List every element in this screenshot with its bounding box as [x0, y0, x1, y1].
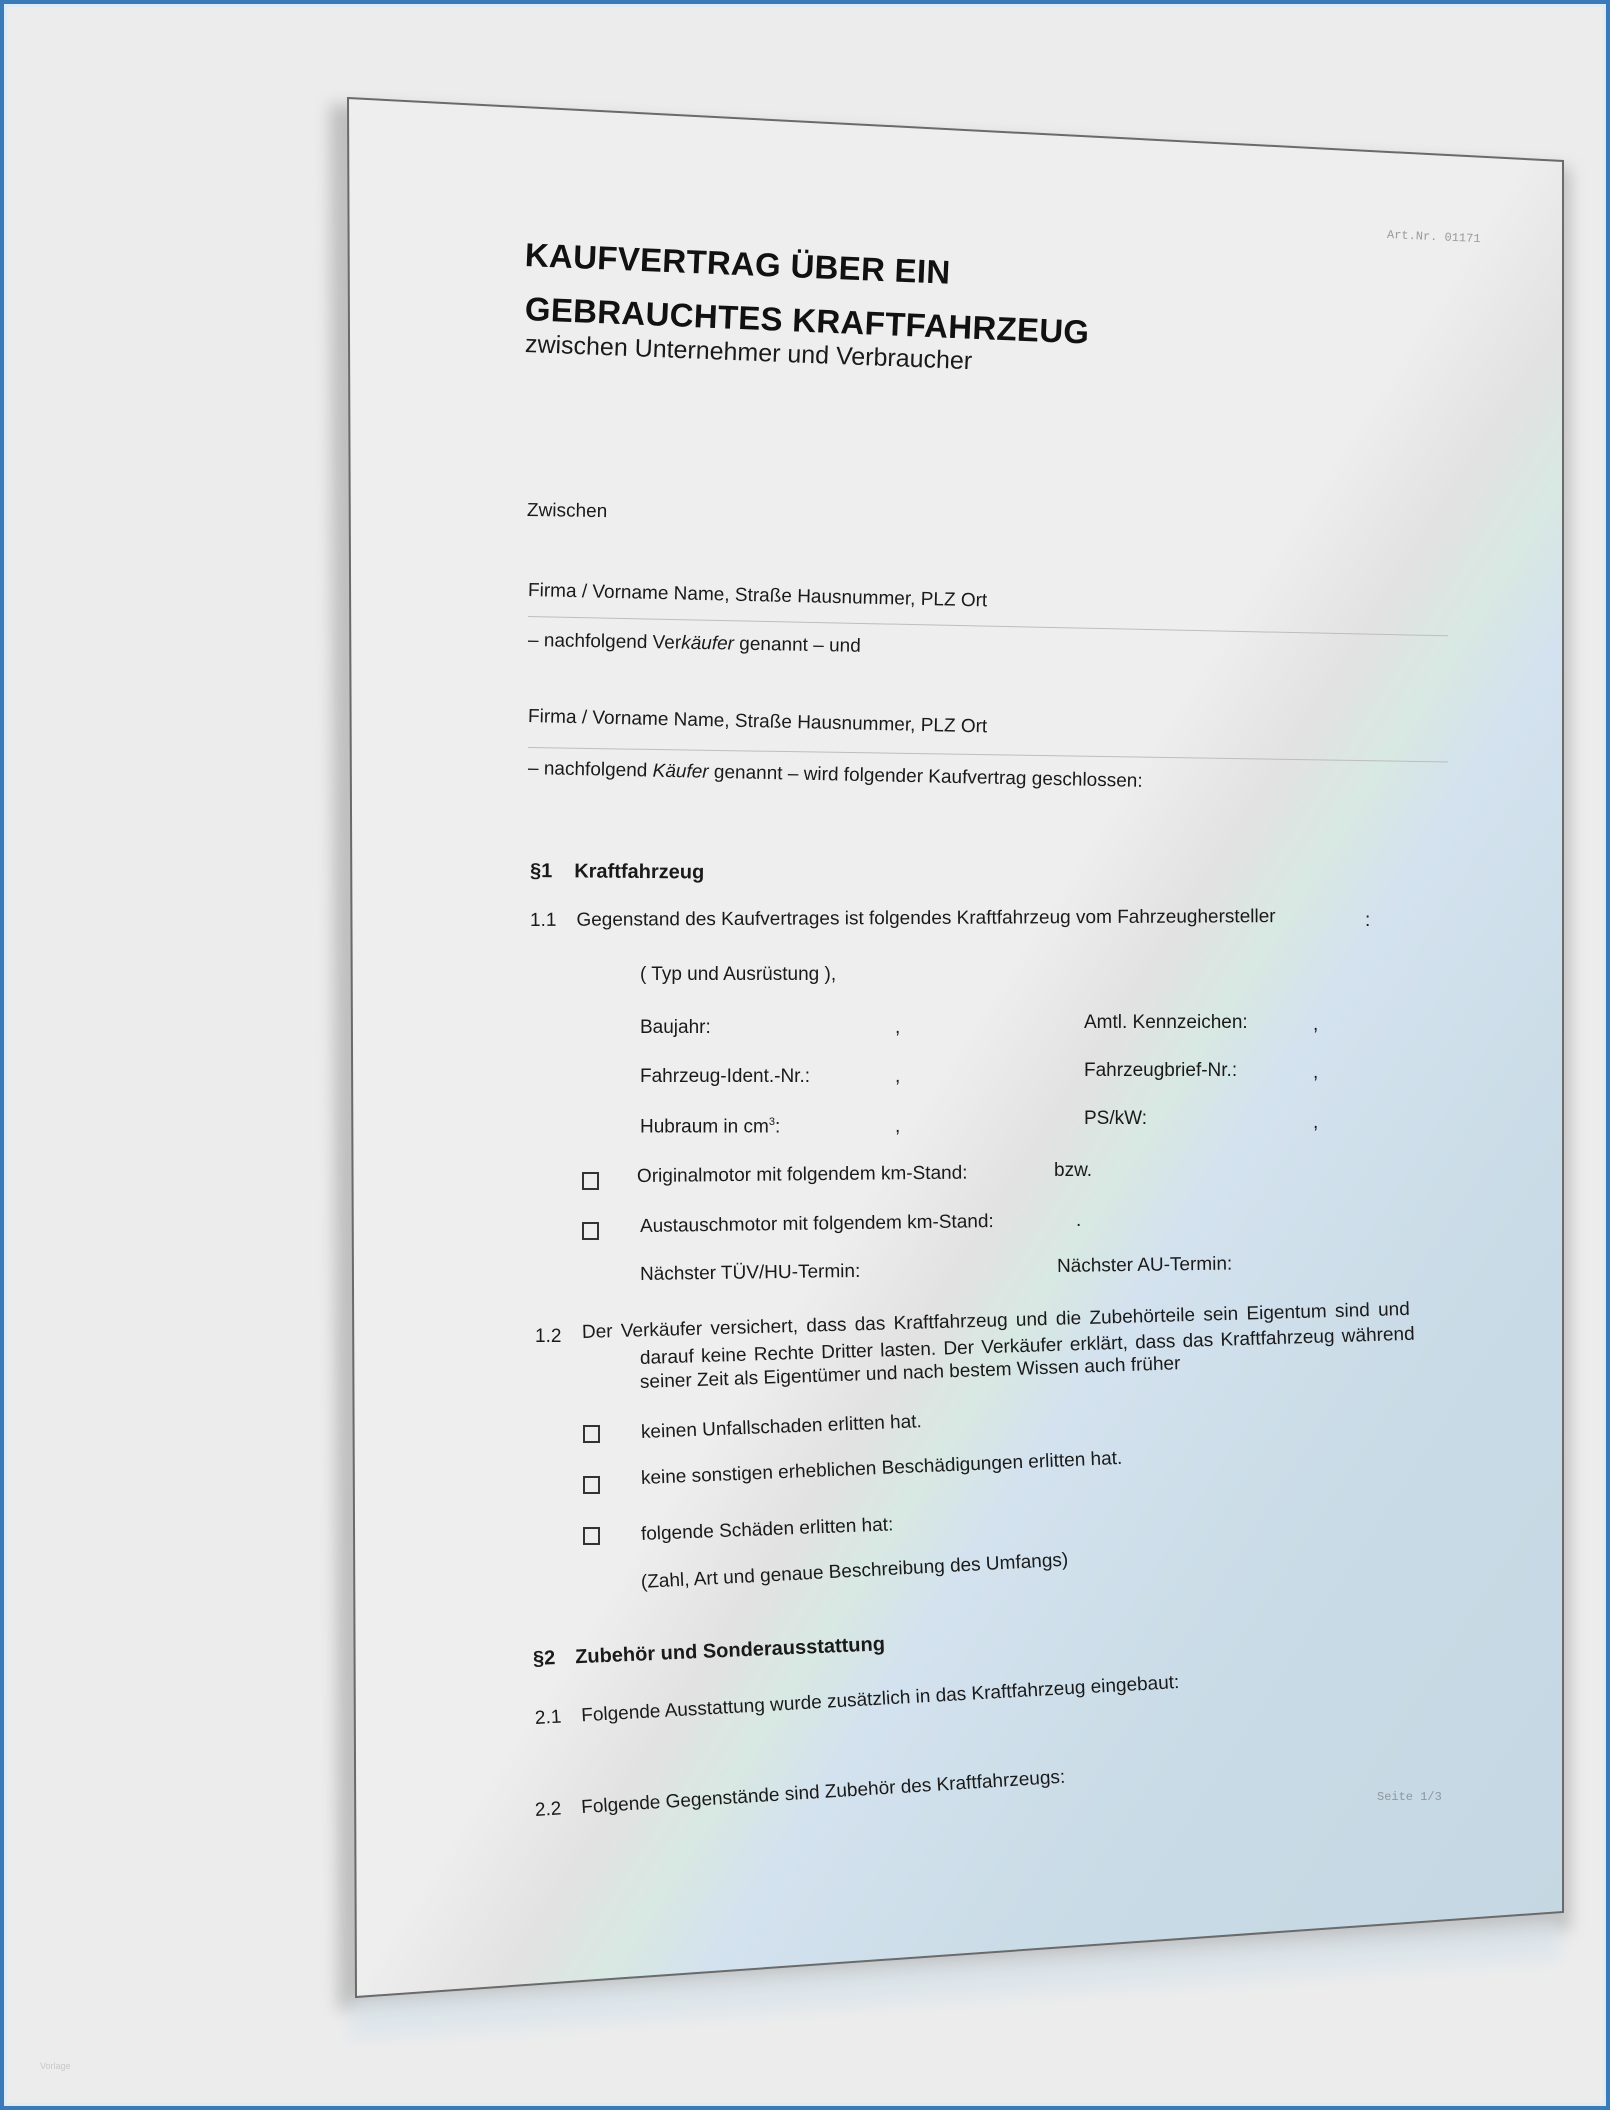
option-following-damage-label: folgende Schäden erlitten hat:: [641, 1514, 894, 1546]
tuev-hu-termin-label: Nächster TÜV/HU-Termin:: [640, 1261, 861, 1286]
option-originalmotor-label: Originalmotor mit folgendem km-Stand:: [637, 1163, 968, 1188]
section1-heading: §1Kraftfahrzeug: [530, 860, 704, 885]
checkbox-originalmotor[interactable]: [582, 1172, 599, 1190]
checkbox-austauschmotor[interactable]: [582, 1222, 599, 1240]
seller-note: – nachfolgend Verkäufer genannt – und: [528, 630, 861, 658]
article-number: Art.Nr. 01171: [1387, 228, 1481, 246]
clause-1-1: 1.1Gegenstand des Kaufvertrages ist folg…: [530, 906, 1276, 932]
buyer-address-placeholder[interactable]: Firma / Vorname Name, Straße Hausnummer,…: [528, 706, 988, 738]
field-hubraum-value[interactable]: ,: [895, 1116, 900, 1138]
field-ident-nr-value[interactable]: ,: [895, 1066, 900, 1088]
clause-1-2-number: 1.2: [535, 1326, 561, 1348]
seller-address-placeholder[interactable]: Firma / Vorname Name, Straße Hausnummer,…: [528, 580, 988, 612]
checkbox-following-damage[interactable]: [583, 1527, 600, 1545]
field-ps-kw-label: PS/kW:: [1084, 1108, 1147, 1130]
option-austauschmotor-suffix: .: [1076, 1210, 1081, 1232]
clause-2-1: 2.1Folgende Ausstattung wurde zusätzlich…: [534, 1672, 1180, 1730]
option-austauschmotor-label: Austauschmotor mit folgendem km-Stand:: [640, 1211, 994, 1238]
field-baujahr-value[interactable]: ,: [895, 1017, 900, 1039]
clause-2-2: 2.2Folgende Gegenstände sind Zubehör des…: [534, 1767, 1066, 1822]
damage-description-note[interactable]: (Zahl, Art und genaue Beschreibung des U…: [640, 1550, 1068, 1594]
field-baujahr-label: Baujahr:: [640, 1017, 711, 1039]
field-hubraum-label: Hubraum in cm3:: [640, 1116, 780, 1138]
checkbox-no-other-damage[interactable]: [583, 1476, 600, 1494]
vehicle-type-line[interactable]: ( Typ und Ausrüstung ),: [640, 964, 836, 986]
au-termin-label: Nächster AU-Termin:: [1057, 1254, 1233, 1278]
field-fahrzeugbrief-value[interactable]: ,: [1313, 1062, 1318, 1084]
field-ps-kw-value[interactable]: ,: [1313, 1112, 1318, 1134]
clause-1-1-colon: :: [1365, 910, 1370, 932]
field-kennzeichen-label: Amtl. Kennzeichen:: [1084, 1012, 1248, 1034]
option-originalmotor-suffix: bzw.: [1054, 1160, 1092, 1182]
option-no-other-damage-label: keine sonstigen erheblichen Beschädigung…: [641, 1448, 1123, 1490]
field-kennzeichen-value[interactable]: ,: [1313, 1014, 1318, 1036]
field-fahrzeugbrief-label: Fahrzeugbrief-Nr.:: [1084, 1060, 1237, 1082]
option-no-accident-damage-label: keinen Unfallschaden erlitten hat.: [641, 1411, 923, 1444]
between-label: Zwischen: [527, 500, 608, 523]
page-number: Seite 1/3: [1377, 1790, 1442, 1804]
section2-heading: §2Zubehör und Sonderausstattung: [533, 1633, 886, 1671]
field-ident-nr-label: Fahrzeug-Ident.-Nr.:: [640, 1066, 810, 1088]
buyer-note: – nachfolgend Käufer genannt – wird folg…: [528, 758, 1143, 793]
document-title-line1: KAUFVERTRAG ÜBER EIN: [524, 236, 951, 292]
checkbox-no-accident-damage[interactable]: [583, 1425, 600, 1443]
